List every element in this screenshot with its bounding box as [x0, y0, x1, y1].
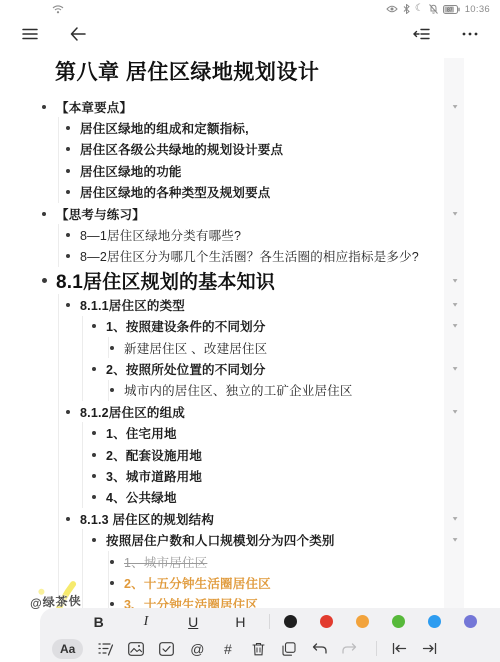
outline-item[interactable]: 按照居住户数和人口规模划分为四个类别▼ — [0, 529, 500, 550]
outline-item[interactable]: 1、住宅用地 — [0, 422, 500, 443]
indent-guide — [58, 508, 59, 529]
font-style-button[interactable]: Aa — [52, 639, 83, 659]
eye-icon — [386, 5, 398, 13]
heading-button[interactable]: H — [230, 614, 251, 630]
color-swatch[interactable] — [356, 615, 369, 628]
outline-item[interactable]: 居住区绿地的各种类型及规划要点 — [0, 182, 500, 203]
indent-guide — [82, 337, 83, 358]
outline-item[interactable]: 居住区绿地的功能 — [0, 160, 500, 181]
outline-item[interactable]: 8.1居住区规划的基本知识▼ — [0, 267, 500, 294]
color-swatch[interactable] — [428, 615, 441, 628]
outline-item-text: 1、住宅用地 — [0, 424, 177, 442]
indent-guide — [82, 380, 83, 401]
indent-guide — [58, 551, 59, 572]
color-swatch[interactable] — [320, 615, 333, 628]
format-toolbar: B I U H Aa @ # — [40, 608, 500, 662]
italic-button[interactable]: I — [135, 614, 156, 630]
indent-guide — [82, 487, 83, 508]
indent-guide — [82, 444, 83, 465]
insert-image-icon[interactable] — [128, 640, 145, 657]
indent-guide — [58, 380, 59, 401]
more-options-icon[interactable] — [458, 22, 482, 46]
format-row-insert: Aa @ # — [40, 635, 500, 662]
indent-guide — [58, 224, 59, 245]
svg-text:87: 87 — [447, 7, 453, 13]
indent-guide — [58, 487, 59, 508]
outline-item[interactable]: 居住区绿地的组成和定额指标, — [0, 117, 500, 138]
indent-guide — [108, 572, 109, 593]
outline-item-text: 城市内的居住区、独立的工矿企业居住区 — [0, 381, 353, 399]
toolbar-divider — [376, 641, 377, 656]
outline-item[interactable]: 2、十五分钟生活圈居住区 — [0, 572, 500, 593]
outline-item[interactable]: 8.1.3 居住区的规划结构▼ — [0, 508, 500, 529]
checkbox-icon[interactable] — [158, 640, 175, 657]
indent-guide — [82, 529, 83, 550]
collapse-arrow-icon[interactable]: ▼ — [451, 365, 459, 372]
collapse-arrow-icon[interactable]: ▼ — [451, 103, 459, 110]
outline-item[interactable]: 2、配套设施用地 — [0, 444, 500, 465]
toolbar-divider — [269, 614, 270, 629]
indent-guide — [82, 572, 83, 593]
indent-guide — [58, 444, 59, 465]
bullet-dot — [42, 105, 46, 109]
bluetooth-icon — [403, 4, 410, 14]
status-time: 10:36 — [465, 4, 490, 15]
outline-item[interactable]: 3、城市道路用地 — [0, 465, 500, 486]
outline-item-text: 8—1居住区绿地分类有哪些? — [0, 226, 241, 244]
color-swatch[interactable] — [464, 615, 477, 628]
bullet-dot — [110, 560, 114, 564]
outline-toggle-icon[interactable] — [410, 22, 434, 46]
bullet-dot — [92, 474, 96, 478]
checklist-edit-icon[interactable] — [97, 640, 114, 657]
indent-guide — [58, 182, 59, 203]
note-editor[interactable]: 第八章 居住区绿地规划设计 【本章要点】▼居住区绿地的组成和定额指标,居住区各级… — [0, 50, 500, 662]
indent-guide — [58, 465, 59, 486]
color-swatch[interactable] — [284, 615, 297, 628]
collapse-arrow-icon[interactable]: ▼ — [451, 301, 459, 308]
outline-item[interactable]: 4、公共绿地 — [0, 487, 500, 508]
outline-item[interactable]: 8.1.1居住区的类型▼ — [0, 294, 500, 315]
indent-guide — [58, 117, 59, 138]
outline-item-text: 2、配套设施用地 — [0, 446, 202, 464]
indent-guide — [58, 160, 59, 181]
collapse-arrow-icon[interactable]: ▼ — [451, 408, 459, 415]
indent-guide — [58, 316, 59, 337]
indent-guide — [58, 529, 59, 550]
hashtag-icon[interactable]: # — [219, 640, 236, 657]
bullet-dot — [110, 581, 114, 585]
indent-guide — [82, 358, 83, 379]
outline-item-text: 居住区绿地的各种类型及规划要点 — [0, 183, 271, 201]
outline-item-text: 8.1.2居住区的组成 — [0, 403, 185, 421]
outline-item-text: 1、按照建设条件的不同划分 — [0, 317, 266, 335]
delete-icon[interactable] — [250, 640, 267, 657]
collapse-arrow-icon[interactable]: ▼ — [451, 277, 459, 284]
duplicate-icon[interactable] — [280, 640, 297, 657]
outline-item-text: 【本章要点】 — [0, 98, 132, 116]
back-arrow-icon[interactable] — [66, 22, 90, 46]
outline-item-text: 8—2居住区分为哪几个生活圈？各生活圈的相应指标是多少? — [0, 247, 419, 265]
battery-icon: 87 — [443, 5, 460, 14]
outline-item-text: 居住区绿地的功能 — [0, 162, 182, 180]
outline-item-text: 2、按照所处位置的不同划分 — [0, 360, 266, 378]
outline-item-text: 8.1.1居住区的类型 — [0, 296, 185, 314]
underline-button[interactable]: U — [183, 614, 204, 630]
outdent-icon[interactable] — [391, 640, 408, 657]
bullet-dot — [92, 367, 96, 371]
outline-item-text: 居住区绿地的组成和定额指标, — [0, 119, 249, 137]
bullet-dot — [66, 410, 70, 414]
indent-guide — [108, 380, 109, 401]
indent-guide — [58, 246, 59, 267]
indent-guide — [58, 294, 59, 315]
bold-button[interactable]: B — [88, 614, 109, 630]
indent-icon[interactable] — [421, 640, 438, 657]
indent-guide — [58, 401, 59, 422]
mention-icon[interactable]: @ — [189, 640, 206, 657]
bullet-dot — [66, 303, 70, 307]
outline-item-text: 新建居住区 、改建居住区 — [0, 339, 267, 357]
color-swatch[interactable] — [392, 615, 405, 628]
indent-guide — [82, 316, 83, 337]
outline-item[interactable]: 8.1.2居住区的组成▼ — [0, 401, 500, 422]
bullet-dot — [110, 346, 114, 350]
indent-guide — [82, 422, 83, 443]
outline-item[interactable]: 【思考与练习】▼ — [0, 203, 500, 224]
redo-icon[interactable] — [341, 640, 358, 657]
outline-item[interactable]: 2、按照所处位置的不同划分▼ — [0, 358, 500, 379]
outline-item[interactable]: 城市内的居住区、独立的工矿企业居住区 — [0, 380, 500, 401]
wifi-icon — [52, 4, 64, 14]
nav-bar — [0, 18, 500, 50]
outline-item-text: 【思考与练习】 — [0, 205, 145, 223]
hamburger-menu-icon[interactable] — [18, 22, 42, 46]
outline-item-text: 3、城市道路用地 — [0, 467, 202, 485]
indent-guide — [58, 337, 59, 358]
indent-guide — [108, 551, 109, 572]
bullet-dot — [92, 453, 96, 457]
bullet-dot — [66, 517, 70, 521]
outline-item-text: 8.1.3 居住区的规划结构 — [0, 510, 214, 528]
indent-guide — [58, 572, 59, 593]
collapse-arrow-icon[interactable]: ▼ — [451, 515, 459, 522]
outline-item[interactable]: 1、按照建设条件的不同划分▼ — [0, 316, 500, 337]
color-palette — [284, 615, 500, 628]
outline-item[interactable]: 8—1居住区绿地分类有哪些? — [0, 224, 500, 245]
outline-item-text: 2、十五分钟生活圈居住区 — [0, 574, 271, 592]
outline-item-text: 4、公共绿地 — [0, 488, 177, 506]
outline-item[interactable]: 1、城市居住区 — [0, 551, 500, 572]
bullet-dot — [66, 169, 70, 173]
outline-item[interactable]: 居住区各级公共绿地的规划设计要点 — [0, 139, 500, 160]
indent-guide — [58, 139, 59, 160]
outline-item-text: 居住区各级公共绿地的规划设计要点 — [0, 140, 283, 158]
status-bar: ☾ 87 10:36 — [0, 0, 500, 18]
note-title[interactable]: 第八章 居住区绿地规划设计 — [0, 50, 500, 96]
outline-list: 【本章要点】▼居住区绿地的组成和定额指标,居住区各级公共绿地的规划设计要点居住区… — [0, 96, 500, 636]
moon-icon: ☾ — [415, 4, 424, 14]
bullet-dot — [42, 212, 46, 216]
outline-item[interactable]: 【本章要点】▼ — [0, 96, 500, 117]
outline-item-text: 1、城市居住区 — [0, 553, 207, 571]
indent-guide — [82, 465, 83, 486]
outline-item-text: 按照居住户数和人口规模划分为四个类别 — [0, 531, 335, 549]
collapse-arrow-icon[interactable]: ▼ — [451, 323, 459, 330]
collapse-arrow-icon[interactable]: ▼ — [451, 210, 459, 217]
bullet-dot — [66, 233, 70, 237]
indent-guide — [82, 551, 83, 572]
format-row-text-style: B I U H — [40, 608, 500, 635]
collapse-arrow-icon[interactable]: ▼ — [451, 537, 459, 544]
outline-item[interactable]: 新建居住区 、改建居住区 — [0, 337, 500, 358]
mute-icon — [429, 4, 438, 14]
indent-guide — [58, 422, 59, 443]
undo-icon[interactable] — [311, 640, 328, 657]
indent-guide — [58, 358, 59, 379]
outline-item[interactable]: 8—2居住区分为哪几个生活圈？各生活圈的相应指标是多少? — [0, 246, 500, 267]
indent-guide — [108, 337, 109, 358]
